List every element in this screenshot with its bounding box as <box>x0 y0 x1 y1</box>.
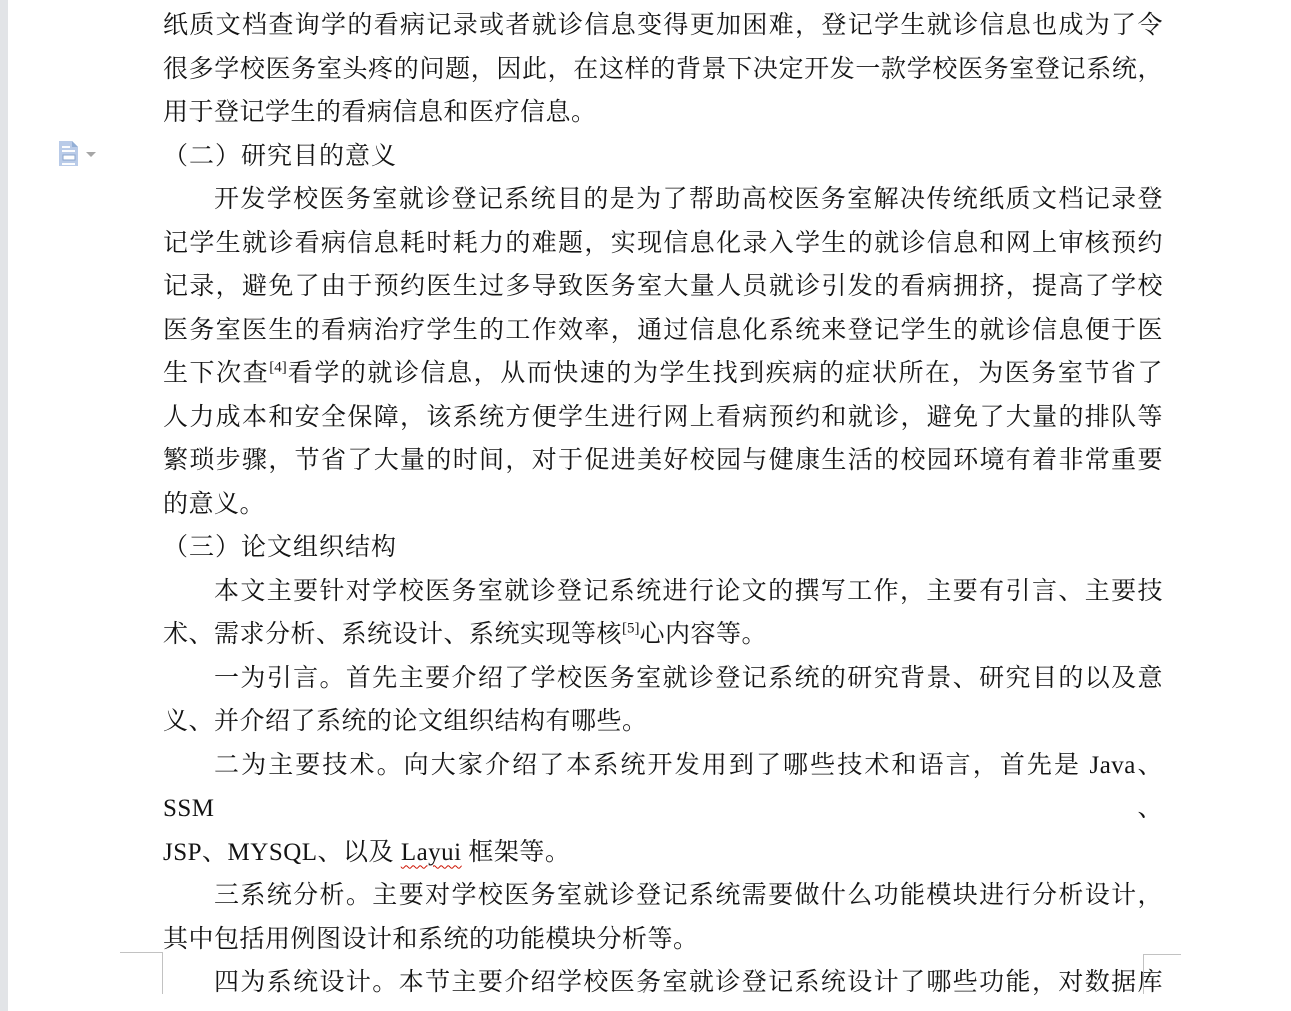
text-segment: 一为引言。首先主要介绍了学校医务室就诊登记系统的研究背景、研究目的以及意 <box>214 665 1163 692</box>
document-page: 纸质文档查询学的看病记录或者就诊信息变得更加困难，登记学生就诊信息也成为了令很多… <box>0 0 1291 1011</box>
text-segment: 本文主要针对学校医务室就诊登记系统进行论文的撰写工作，主要有引言、主要技 <box>214 578 1163 605</box>
text-line: 的意义。 <box>163 483 1163 527</box>
spellcheck-flagged-word: Layui <box>401 839 462 866</box>
text-segment: 用于登记学生的看病信息和医疗信息。 <box>163 99 597 126</box>
text-line: 生下次查[4]看学的就诊信息，从而快速的为学生找到疾病的症状所在，为医务室节省了 <box>163 352 1163 396</box>
text-segment: 义、并介绍了系统的论文组织结构有哪些。 <box>163 708 648 735</box>
paste-options-button[interactable] <box>54 138 102 170</box>
text-line: 开发学校医务室就诊登记系统目的是为了帮助高校医务室解决传统纸质文档记录登 <box>163 178 1163 222</box>
text-segment: 繁琐步骤，节省了大量的时间，对于促进美好校园与健康生活的校园环境有着非常重要 <box>163 447 1163 474</box>
text-line: 一为引言。首先主要介绍了学校医务室就诊登记系统的研究背景、研究目的以及意 <box>163 657 1163 701</box>
text-segment: 纸质文档查询学的看病记录或者就诊信息变得更加困难，登记学生就诊信息也成为了令 <box>163 12 1163 39</box>
document-text: 纸质文档查询学的看病记录或者就诊信息变得更加困难，登记学生就诊信息也成为了令很多… <box>163 4 1163 1005</box>
text-line: 其中包括用例图设计和系统的功能模块分析等。 <box>163 918 1163 962</box>
text-segment: 心内容等。 <box>640 621 768 648</box>
text-line: 义、并介绍了系统的论文组织结构有哪些。 <box>163 700 1163 744</box>
text-line: 用于登记学生的看病信息和医疗信息。 <box>163 91 1163 135</box>
text-segment: 三系统分析。主要对学校医务室就诊登记系统需要做什么功能模块进行分析设计， <box>214 882 1163 909</box>
text-segment: 术、需求分析、系统设计、系统实现等核 <box>163 621 622 648</box>
text-segment: （二）研究目的意义 <box>163 143 397 170</box>
text-segment: 医务室医生的看病治疗学生的工作效率，通过信息化系统来登记学生的就诊信息便于医 <box>163 317 1163 344</box>
text-segment: （三）论文组织结构 <box>163 534 397 561</box>
page-number: 7 <box>0 976 1291 999</box>
text-segment: 看学的就诊信息，从而快速的为学生找到疾病的症状所在，为医务室节省了 <box>287 360 1163 387</box>
chevron-down-icon[interactable] <box>86 152 96 157</box>
text-line: 很多学校医务室头疼的问题，因此，在这样的背景下决定开发一款学校医务室登记系统， <box>163 48 1163 92</box>
text-line: 繁琐步骤，节省了大量的时间，对于促进美好校园与健康生活的校园环境有着非常重要 <box>163 439 1163 483</box>
text-line: 医务室医生的看病治疗学生的工作效率，通过信息化系统来登记学生的就诊信息便于医 <box>163 309 1163 353</box>
text-segment: 框架等。 <box>462 839 571 866</box>
text-line: 本文主要针对学校医务室就诊登记系统进行论文的撰写工作，主要有引言、主要技 <box>163 570 1163 614</box>
text-line: 纸质文档查询学的看病记录或者就诊信息变得更加困难，登记学生就诊信息也成为了令 <box>163 4 1163 48</box>
text-line: JSP、MYSQL、以及 Layui 框架等。 <box>163 831 1163 875</box>
section-heading: （三）论文组织结构 <box>163 526 1163 570</box>
text-boundary-mark-bottom-left-horizontal <box>120 952 163 953</box>
text-segment: 的意义。 <box>163 491 265 518</box>
text-segment: 其中包括用例图设计和系统的功能模块分析等。 <box>163 926 699 953</box>
citation-marker: [5] <box>622 621 640 637</box>
paste-options-icon <box>56 140 82 173</box>
text-segment: 开发学校医务室就诊登记系统目的是为了帮助高校医务室解决传统纸质文档记录登 <box>214 186 1163 213</box>
citation-marker: [4] <box>269 360 287 376</box>
text-line: 记学生就诊看病信息耗时耗力的难题，实现信息化录入学生的就诊信息和网上审核预约 <box>163 222 1163 266</box>
text-line: 二为主要技术。向大家介绍了本系统开发用到了哪些技术和语言，首先是 Java、SS… <box>163 744 1163 831</box>
text-line: 人力成本和安全保障，该系统方便学生进行网上看病预约和就诊，避免了大量的排队等 <box>163 396 1163 440</box>
text-line: 记录，避免了由于预约医生过多导致医务室大量人员就诊引发的看病拥挤，提高了学校 <box>163 265 1163 309</box>
window-edge-strip <box>0 0 8 1011</box>
text-line: 三系统分析。主要对学校医务室就诊登记系统需要做什么功能模块进行分析设计， <box>163 874 1163 918</box>
text-segment: 记录，避免了由于预约医生过多导致医务室大量人员就诊引发的看病拥挤，提高了学校 <box>163 273 1163 300</box>
text-boundary-mark-bottom-right-horizontal <box>1143 954 1181 955</box>
section-heading: （二）研究目的意义 <box>163 135 1163 179</box>
text-segment: 生下次查 <box>163 360 269 387</box>
text-segment: 很多学校医务室头疼的问题，因此，在这样的背景下决定开发一款学校医务室登记系统， <box>163 56 1163 83</box>
text-line: 术、需求分析、系统设计、系统实现等核[5]心内容等。 <box>163 613 1163 657</box>
text-segment: 人力成本和安全保障，该系统方便学生进行网上看病预约和就诊，避免了大量的排队等 <box>163 404 1163 431</box>
text-segment: 二为主要技术。向大家介绍了本系统开发用到了哪些技术和语言，首先是 Java、SS… <box>163 752 1163 823</box>
text-segment: JSP、MYSQL、以及 <box>163 839 401 866</box>
text-segment: 记学生就诊看病信息耗时耗力的难题，实现信息化录入学生的就诊信息和网上审核预约 <box>163 230 1163 257</box>
